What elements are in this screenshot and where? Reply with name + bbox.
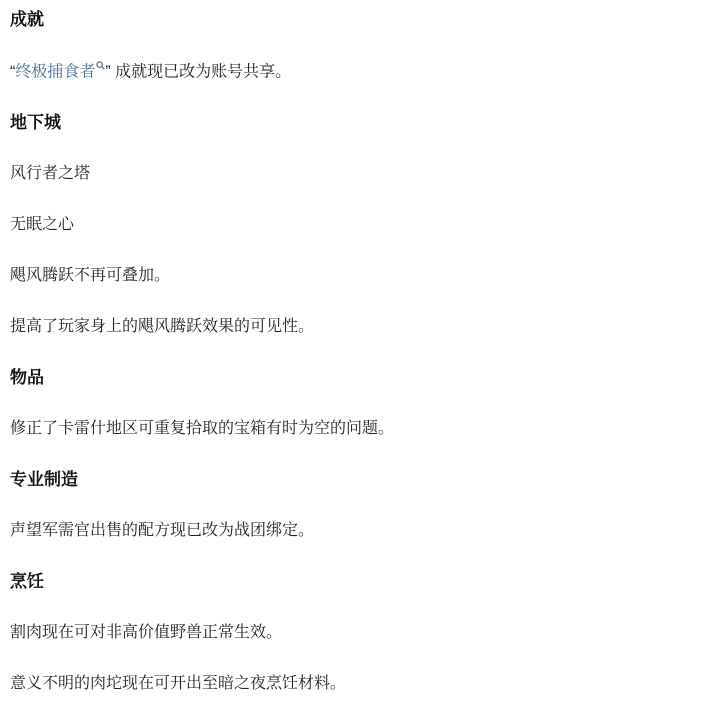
section-heading-professions: 专业制造 [10, 470, 693, 489]
ultimate-predator-link[interactable]: 终极捕食者 [15, 63, 95, 80]
section-heading-achievements: 成就 [10, 10, 693, 29]
patch-note: 修正了卡雷什地区可重复拾取的宝箱有时为空的问题。 [10, 419, 693, 438]
patch-note: 风行者之塔 [10, 164, 693, 183]
patch-note: 无眠之心 [10, 215, 693, 234]
section-heading-cooking: 烹饪 [10, 572, 693, 591]
patch-note: 意义不明的肉坨现在可开出至暗之夜烹饪材料。 [10, 674, 693, 693]
patch-note: 声望军需官出售的配方现已改为战团绑定。 [10, 521, 693, 540]
section-heading-items: 物品 [10, 368, 693, 387]
patch-note-text: 成就现已改为账号共享。 [111, 63, 291, 80]
patch-notes-document: 成就 “终极捕食者” 成就现已改为账号共享。 地下城 风行者之塔 无眠之心 飓风… [10, 10, 693, 693]
magnifier-icon[interactable] [96, 61, 105, 70]
patch-note: 提高了玩家身上的飓风腾跃效果的可见性。 [10, 317, 693, 336]
patch-note: 飓风腾跃不再可叠加。 [10, 266, 693, 285]
patch-note: 割肉现在可对非高价值野兽正常生效。 [10, 623, 693, 642]
section-heading-dungeons: 地下城 [10, 113, 693, 132]
patch-note-achievement: “终极捕食者” 成就现已改为账号共享。 [10, 61, 693, 81]
